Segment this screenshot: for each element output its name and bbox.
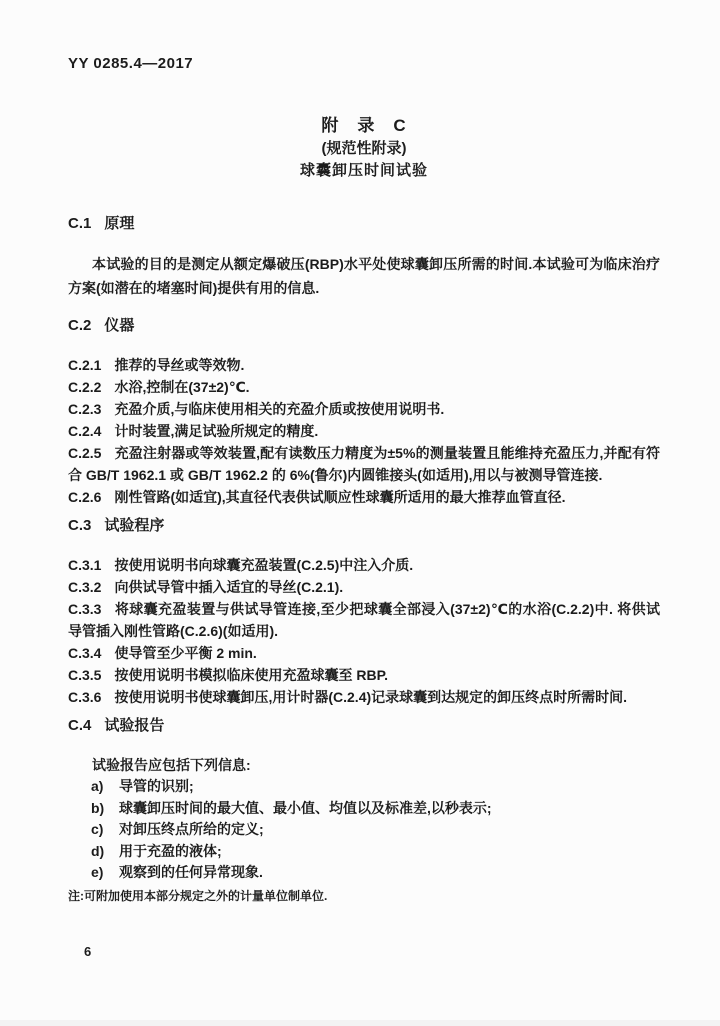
section-title: 仪器: [104, 317, 134, 334]
list-item-text: 导管的识别;: [119, 778, 194, 794]
clause-number: C.2.3: [68, 401, 101, 417]
clause-c3-2: C.3.2向供试导管中插入适宜的导丝(C.2.1).: [68, 576, 660, 598]
list-item-c: c)对卸压终点所给的定义;: [68, 819, 660, 841]
clause-text: 刚性管路(如适宜),其直径代表供试顺应性球囊所适用的最大推荐血管直径.: [114, 489, 565, 505]
clause-c3-3: C.3.3将球囊充盈装置与供试导管连接,至少把球囊全部浸入(37±2)℃的水浴(…: [68, 598, 660, 642]
clause-c3-6: C.3.6按使用说明书使球囊卸压,用计时器(C.2.4)记录球囊到达规定的卸压终…: [68, 686, 660, 708]
clause-text: 按使用说明书使球囊卸压,用计时器(C.2.4)记录球囊到达规定的卸压终点时所需时…: [114, 689, 627, 705]
clause-c3-5: C.3.5按使用说明书模拟临床使用充盈球囊至 RBP.: [68, 664, 660, 686]
list-marker: d): [91, 841, 119, 863]
section-title: 原理: [104, 215, 134, 232]
list-marker: b): [91, 798, 119, 820]
appendix-title: 附 录 C: [68, 114, 660, 138]
standard-number-header: YY 0285.4—2017: [68, 56, 660, 72]
clause-number: C.3.4: [68, 645, 101, 661]
paragraph-c1: 本试验的目的是测定从额定爆破压(RBP)水平处使球囊卸压所需的时间.本试验可为临…: [68, 252, 660, 300]
page-edge-shadow: [0, 1020, 720, 1026]
document-page: YY 0285.4—2017 附 录 C (规范性附录) 球囊卸压时间试验 C.…: [68, 56, 660, 905]
clause-number: C.2.4: [68, 423, 101, 439]
clause-number: C.2.2: [68, 379, 101, 395]
appendix-subtitle: (规范性附录): [68, 138, 660, 160]
clause-text: 使导管至少平衡 2 min.: [114, 645, 256, 661]
report-intro: 试验报告应包括下列信息:: [68, 754, 660, 776]
clause-number: C.2.5: [68, 445, 101, 461]
note-line: 注:可附加使用本部分规定之外的计量单位制单位.: [68, 887, 660, 905]
clause-c2-5: C.2.5充盈注射器或等效装置,配有读数压力精度为±5%的测量装置且能维持充盈压…: [68, 442, 660, 486]
list-item-e: e)观察到的任何异常现象.: [68, 862, 660, 884]
clause-text: 计时装置,满足试验所规定的精度.: [114, 423, 318, 439]
clause-text: 将球囊充盈装置与供试导管连接,至少把球囊全部浸入(37±2)℃的水浴(C.2.2…: [68, 601, 660, 639]
clause-c2-1: C.2.1推荐的导丝或等效物.: [68, 354, 660, 376]
clause-c2-3: C.2.3充盈介质,与临床使用相关的充盈介质或按使用说明书.: [68, 398, 660, 420]
clause-number: C.3.3: [68, 601, 101, 617]
section-heading-c2: C.2仪器: [68, 316, 660, 336]
clause-text: 充盈介质,与临床使用相关的充盈介质或按使用说明书.: [114, 401, 444, 417]
clause-number: C.3.6: [68, 689, 101, 705]
clause-number: C.2.1: [68, 357, 101, 373]
list-item-text: 球囊卸压时间的最大值、最小值、均值以及标准差,以秒表示;: [119, 800, 492, 816]
page-number: 6: [84, 944, 91, 960]
clause-group-c3: C.3.1按使用说明书向球囊充盈装置(C.2.5)中注入介质. C.3.2向供试…: [68, 554, 660, 708]
appendix-name: 球囊卸压时间试验: [68, 160, 660, 182]
list-item-text: 观察到的任何异常现象.: [119, 864, 263, 880]
clause-c3-4: C.3.4使导管至少平衡 2 min.: [68, 642, 660, 664]
list-marker: e): [91, 862, 119, 884]
clause-text: 按使用说明书向球囊充盈装置(C.2.5)中注入介质.: [114, 557, 413, 573]
clause-number: C.3.2: [68, 579, 101, 595]
appendix-title-block: 附 录 C (规范性附录) 球囊卸压时间试验: [68, 114, 660, 182]
clause-text: 按使用说明书模拟临床使用充盈球囊至 RBP.: [114, 667, 388, 683]
section-heading-c3: C.3试验程序: [68, 516, 660, 536]
clause-number: C.3.1: [68, 557, 101, 573]
section-title: 试验程序: [104, 517, 164, 534]
section-number: C.4: [68, 717, 91, 734]
list-item-text: 用于充盈的液体;: [119, 843, 222, 859]
list-marker: a): [91, 776, 119, 798]
list-item-a: a)导管的识别;: [68, 776, 660, 798]
clause-c2-2: C.2.2水浴,控制在(37±2)℃.: [68, 376, 660, 398]
section-heading-c4: C.4试验报告: [68, 716, 660, 736]
section-heading-c1: C.1原理: [68, 214, 660, 234]
list-item-text: 对卸压终点所给的定义;: [119, 821, 264, 837]
list-item-b: b)球囊卸压时间的最大值、最小值、均值以及标准差,以秒表示;: [68, 798, 660, 820]
section-title: 试验报告: [104, 717, 164, 734]
section-number: C.2: [68, 317, 91, 334]
clause-text: 水浴,控制在(37±2)℃.: [114, 379, 249, 395]
clause-text: 向供试导管中插入适宜的导丝(C.2.1).: [114, 579, 343, 595]
clause-text: 推荐的导丝或等效物.: [114, 357, 244, 373]
list-marker: c): [91, 819, 119, 841]
clause-c3-1: C.3.1按使用说明书向球囊充盈装置(C.2.5)中注入介质.: [68, 554, 660, 576]
clause-c2-6: C.2.6刚性管路(如适宜),其直径代表供试顺应性球囊所适用的最大推荐血管直径.: [68, 486, 660, 508]
report-item-list: a)导管的识别; b)球囊卸压时间的最大值、最小值、均值以及标准差,以秒表示; …: [68, 776, 660, 884]
clause-group-c2: C.2.1推荐的导丝或等效物. C.2.2水浴,控制在(37±2)℃. C.2.…: [68, 354, 660, 508]
clause-c2-4: C.2.4计时装置,满足试验所规定的精度.: [68, 420, 660, 442]
clause-text: 充盈注射器或等效装置,配有读数压力精度为±5%的测量装置且能维持充盈压力,并配有…: [68, 445, 660, 483]
clause-number: C.2.6: [68, 489, 101, 505]
list-item-d: d)用于充盈的液体;: [68, 841, 660, 863]
clause-number: C.3.5: [68, 667, 101, 683]
section-number: C.3: [68, 517, 91, 534]
section-number: C.1: [68, 215, 91, 232]
